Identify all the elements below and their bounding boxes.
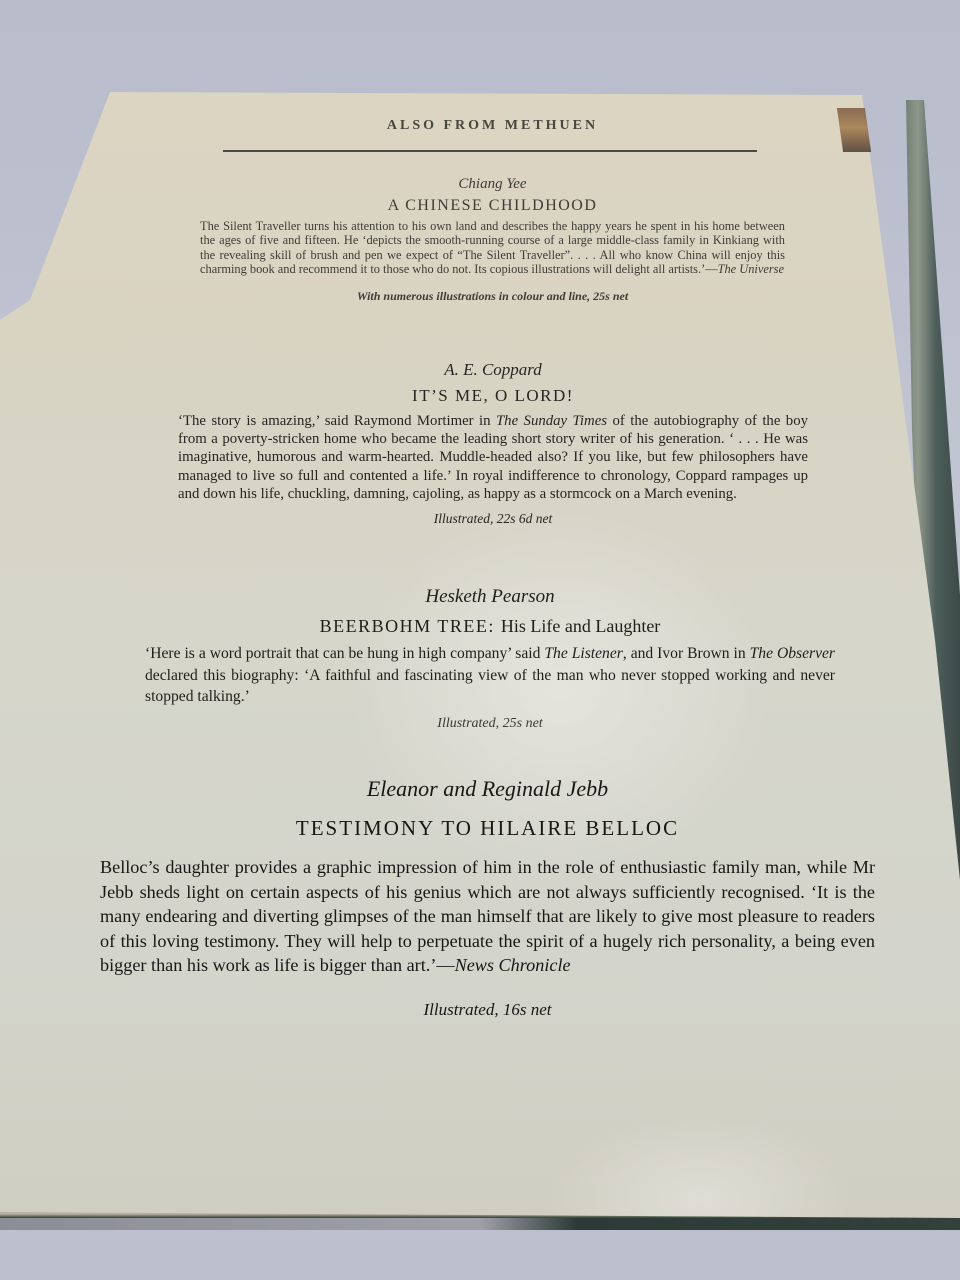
blurb-source: The Observer <box>750 645 835 662</box>
book-title-main: BEERBOHM TREE: <box>320 616 495 636</box>
book-blurb: ‘The story is amazing,’ said Raymond Mor… <box>178 412 808 503</box>
jacket-text-content: ALSO FROM METHUEN Chiang Yee A CHINESE C… <box>0 0 960 1280</box>
book-price: Illustrated, 22s 6d net <box>178 511 808 527</box>
book-title: TESTIMONY TO HILAIRE BELLOC <box>100 816 875 841</box>
blurb-source: News Chronicle <box>455 955 571 975</box>
blurb-source: The Universe <box>718 262 784 276</box>
book-title: A CHINESE CHILDHOOD <box>200 197 785 215</box>
book-entry-beerbohm-tree: Hesketh Pearson BEERBOHM TREE: His Life … <box>145 586 835 732</box>
book-price: Illustrated, 25s net <box>145 716 835 732</box>
blurb-text: The Silent Traveller turns his attention… <box>200 219 785 276</box>
blurb-text: ‘Here is a word portrait that can be hun… <box>145 645 544 662</box>
book-title: IT’S ME, O LORD! <box>178 386 808 406</box>
blurb-text: ‘The story is amazing,’ said Raymond Mor… <box>178 413 496 429</box>
book-blurb: ‘Here is a word portrait that can be hun… <box>145 643 835 708</box>
book-subtitle: His Life and Laughter <box>501 616 660 636</box>
book-title: BEERBOHM TREE: His Life and Laughter <box>145 616 835 637</box>
heading-rule-divider <box>223 150 757 152</box>
book-entry-its-me-o-lord: A. E. Coppard IT’S ME, O LORD! ‘The stor… <box>178 360 808 527</box>
book-author: Chiang Yee <box>200 176 785 193</box>
book-entry-chinese-childhood: Chiang Yee A CHINESE CHILDHOOD The Silen… <box>200 176 785 304</box>
book-author: A. E. Coppard <box>178 360 808 380</box>
book-price: With numerous illustrations in colour an… <box>200 289 785 304</box>
book-blurb: Belloc’s daughter provides a graphic imp… <box>100 855 875 978</box>
book-author: Hesketh Pearson <box>145 586 835 608</box>
blurb-text: , and Ivor Brown in <box>623 645 750 662</box>
book-author: Eleanor and Reginald Jebb <box>100 776 875 802</box>
blurb-source: The Sunday Times <box>496 413 607 429</box>
book-blurb: The Silent Traveller turns his attention… <box>200 219 785 277</box>
book-entry-testimony-to-belloc: Eleanor and Reginald Jebb TESTIMONY TO H… <box>100 776 875 1020</box>
book-price: Illustrated, 16s net <box>100 1000 875 1020</box>
publisher-heading: ALSO FROM METHUEN <box>225 118 760 134</box>
blurb-text: declared this biography: ‘A faithful and… <box>145 667 835 706</box>
blurb-source: The Listener <box>544 645 622 662</box>
